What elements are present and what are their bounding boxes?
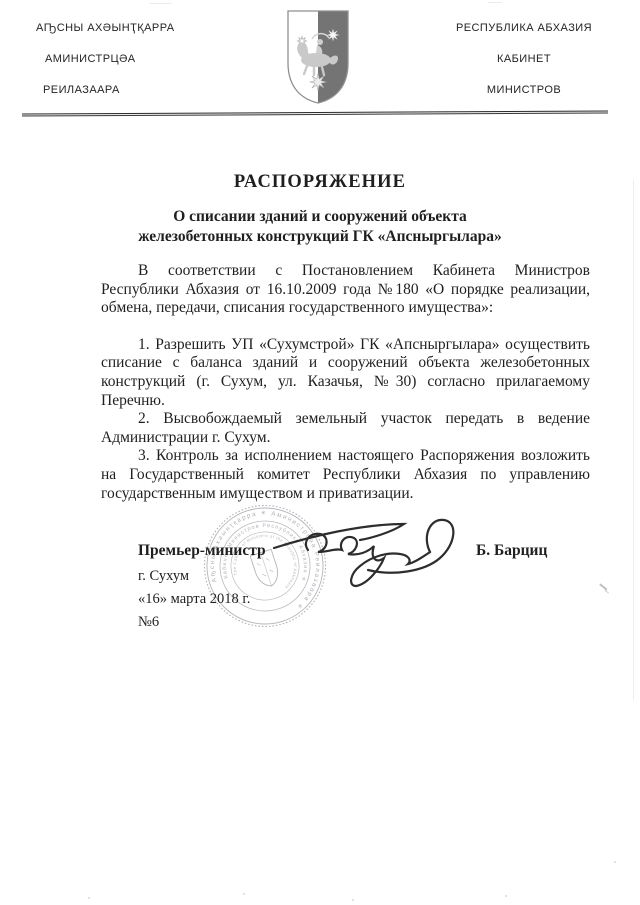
paragraph-item-3: 3. Контроль за исполнением настоящего Ра… [101, 447, 590, 503]
document-number: №6 [138, 614, 159, 631]
page-title: РАСПОРЯЖЕНИЕ [0, 172, 640, 193]
scan-artifact-edge [633, 180, 634, 700]
scan-speck [614, 861, 616, 863]
scan-speck [352, 899, 354, 901]
header-right-line-3: МИНИСТРОВ [440, 84, 608, 96]
document-page: АҦСНЫ АХӘЫНҬҚАРРА АМИНИСТРЦӘА РЕИЛАЗААРА [0, 0, 640, 905]
scan-artifact-tick [599, 583, 607, 590]
signature-role: Премьер-министр [138, 542, 266, 560]
scan-speck [505, 895, 507, 897]
coat-of-arms-icon [285, 9, 351, 105]
header-right-line-1: РЕСПУБЛИКА АБХАЗИЯ [440, 22, 608, 34]
scan-smudge [150, 3, 172, 4]
signature-date: «16» марта 2018 г. [138, 591, 250, 608]
subject-line-1: О списании зданий и сооружений объекта [0, 207, 640, 227]
scan-smudge [488, 2, 502, 3]
document-subject: О списании зданий и сооружений объекта ж… [0, 207, 640, 247]
header-left-line-1: АҦСНЫ АХӘЫНҬҚАРРА [36, 22, 175, 34]
header-left-line-3: РЕИЛАЗААРА [43, 84, 175, 96]
header-right-line-2: КАБИНЕТ [440, 53, 608, 65]
signature-scrawl-icon [272, 506, 472, 591]
paragraph-intro: В соответствии с Постановлением Кабинета… [101, 262, 590, 318]
signature-name: Б. Барциц [476, 542, 547, 560]
scan-artifact-tick [604, 590, 609, 594]
header-left-block: АҦСНЫ АХӘЫНҬҚАРРА АМИНИСТРЦӘА РЕИЛАЗААРА [36, 22, 175, 115]
scan-speck [243, 893, 245, 895]
header-left-line-2: АМИНИСТРЦӘА [45, 53, 175, 65]
paragraph-item-2: 2. Высвобождаемый земельный участок пере… [101, 410, 590, 447]
scan-speck [88, 897, 90, 899]
signature-place: г. Сухум [138, 568, 189, 585]
subject-line-2: железобетонных конструкций ГК «Апсныргыл… [0, 227, 640, 247]
paragraph-item-1: 1. Разрешить УП «Сухумстрой» ГК «Апснырг… [101, 336, 590, 410]
document-body: В соответствии с Постановлением Кабинета… [101, 262, 590, 503]
header-right-block: РЕСПУБЛИКА АБХАЗИЯ КАБИНЕТ МИНИСТРОВ [440, 22, 608, 115]
